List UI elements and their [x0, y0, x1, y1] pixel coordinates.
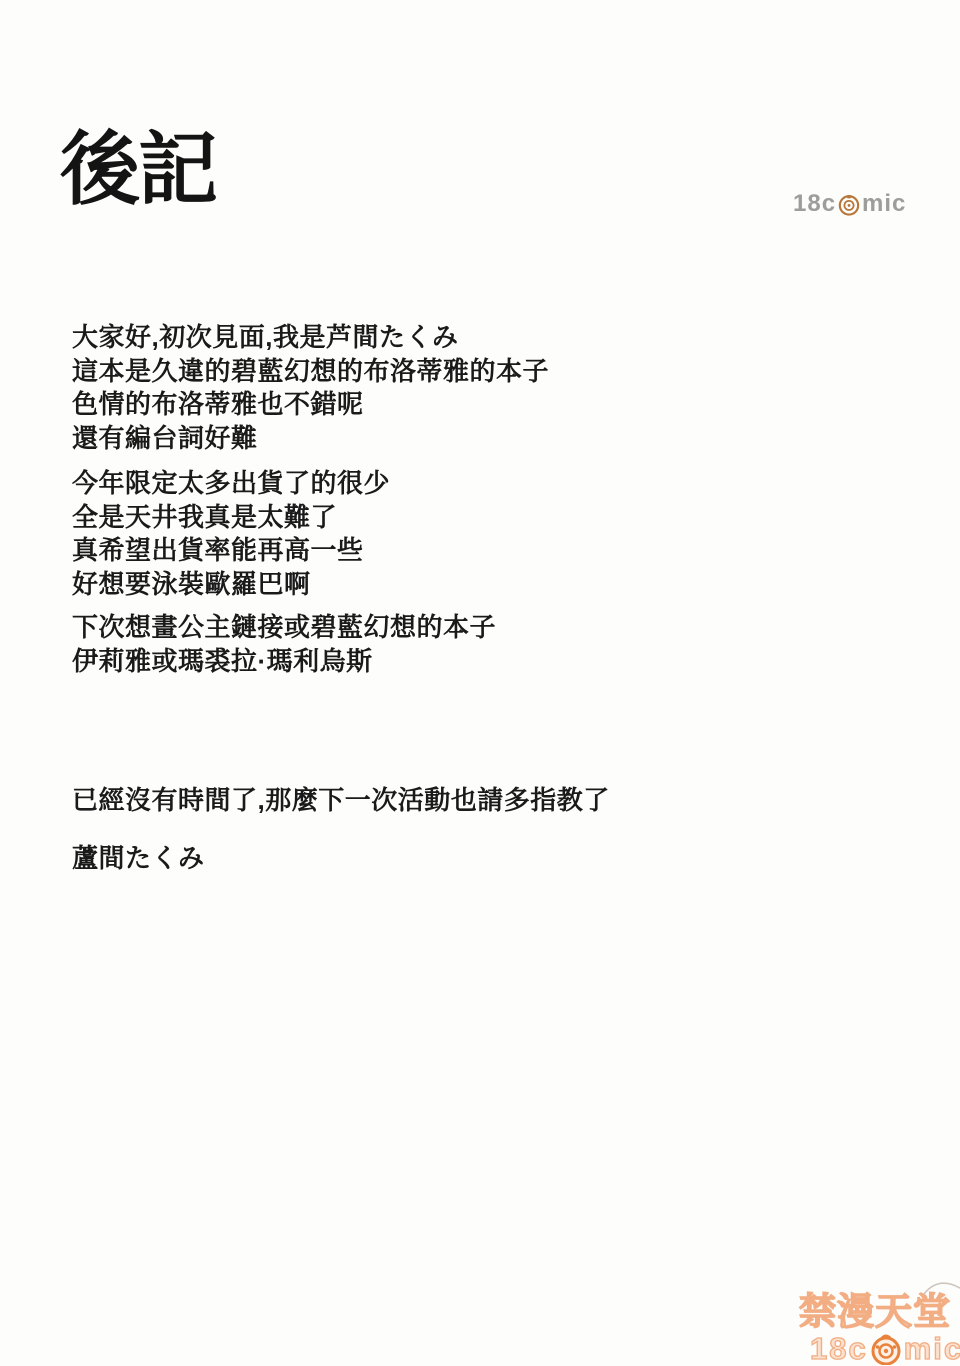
closing-line: 已經沒有時間了,那麼下一次活動也請多指教了 — [72, 784, 610, 818]
afterword-page: 後記 大家好,初次見面,我是芦間たくみ 這本是久違的碧藍幻想的布洛蒂雅的本子 色… — [0, 0, 960, 1366]
afterword-paragraph-1: 大家好,初次見面,我是芦間たくみ 這本是久違的碧藍幻想的布洛蒂雅的本子 色情的布… — [72, 321, 549, 455]
afterword-paragraph-2: 今年限定太多出貨了的很少 全是天井我真是太難了 真希望出貨率能再高一些 好想要泳… — [72, 467, 390, 601]
page-curl-line — [922, 1272, 960, 1302]
bottom-watermark: 禁漫天堂 18c mic — [799, 1293, 960, 1365]
afterword-line: 全是天井我真是太難了 — [72, 501, 390, 535]
afterword-line: 這本是久違的碧藍幻想的布洛蒂雅的本子 — [72, 355, 549, 389]
afterword-line: 色情的布洛蒂雅也不錯呢 — [72, 388, 549, 422]
afterword-line: 下次想畫公主鏈接或碧藍幻想的本子 — [72, 611, 496, 645]
afterword-line: 真希望出貨率能再高一些 — [72, 534, 390, 568]
afterword-line: 伊莉雅或瑪裘拉·瑪利烏斯 — [72, 645, 496, 679]
octopus-mascot-icon — [837, 192, 861, 216]
top-watermark: 18c mic — [793, 190, 906, 218]
afterword-line: 大家好,初次見面,我是芦間たくみ — [72, 321, 549, 355]
afterword-line: 還有編台詞好難 — [72, 422, 549, 456]
author-signature: 蘆間たくみ — [72, 842, 205, 876]
brand-line: 18c mic — [810, 1331, 960, 1365]
afterword-line: 好想要泳裝歐羅巴啊 — [72, 568, 390, 602]
octopus-mascot-icon — [869, 1331, 903, 1365]
afterword-line: 今年限定太多出貨了的很少 — [72, 467, 390, 501]
bottom-watermark-text-left: 18c — [810, 1333, 868, 1364]
top-watermark-text-right: mic — [862, 190, 906, 218]
bottom-watermark-text-right: mic — [904, 1333, 960, 1364]
top-watermark-text-left: 18c — [793, 190, 836, 218]
afterword-paragraph-3: 下次想畫公主鏈接或碧藍幻想的本子 伊莉雅或瑪裘拉·瑪利烏斯 — [72, 611, 496, 678]
page-title: 後記 — [60, 126, 216, 214]
